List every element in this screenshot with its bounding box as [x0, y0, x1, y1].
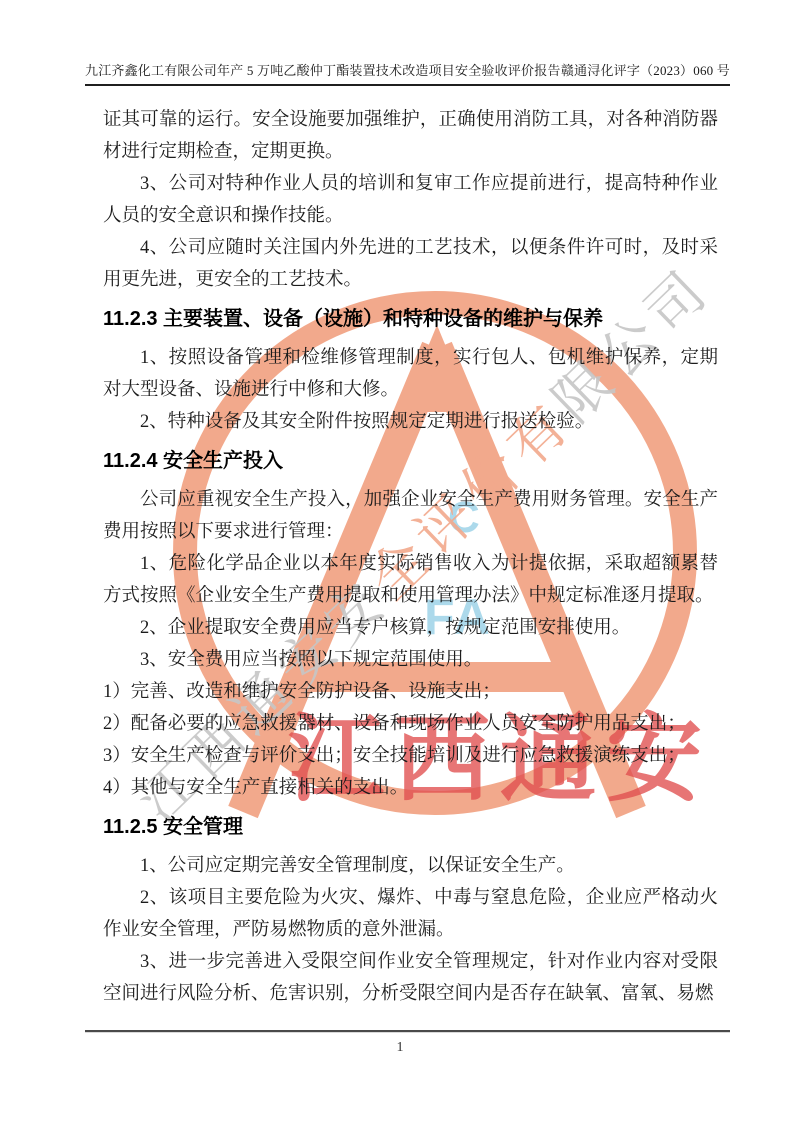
section-heading: 11.2.3 主要装置、设备（设施）和特种设备的维护与保养: [103, 304, 718, 334]
section-heading: 11.2.5 安全管理: [103, 812, 718, 842]
body-paragraph: 4、公司应随时关注国内外先进的工艺技术，以便条件许可时，及时采用更先进，更安全的…: [103, 232, 718, 296]
body-paragraph: 1）完善、改造和维护安全防护设备、设施支出；: [103, 676, 718, 708]
body-paragraph: 2）配备必要的应急救援器材、设备和现场作业人员安全防护用品支出；: [103, 708, 718, 740]
body-paragraph: 1、按照设备管理和检维修管理制度，实行包人、包机维护保养，定期对大型设备、设施进…: [103, 342, 718, 406]
page-number: 1: [0, 1040, 800, 1056]
body-paragraph: 公司应重视安全生产投入，加强企业安全生产费用财务管理。安全生产费用按照以下要求进…: [103, 484, 718, 548]
body-paragraph: 3）安全生产检查与评价支出；安全技能培训及进行应急救援演练支出；: [103, 740, 718, 772]
section-heading: 11.2.4 安全生产投入: [103, 446, 718, 476]
body-paragraph: 2、企业提取安全费用应当专户核算，按规定范围安排使用。: [103, 612, 718, 644]
body-paragraph: 3、公司对特种作业人员的培训和复审工作应提前进行，提高特种作业人员的安全意识和操…: [103, 168, 718, 232]
body-paragraph: 1、公司应定期完善安全管理制度，以保证安全生产。: [103, 850, 718, 882]
report-page: C FA 江西通安安全评价有限公司 江西通安 九江齐鑫化工有限公司年产 5 万吨…: [0, 0, 800, 1131]
footer-rule: [85, 1030, 730, 1032]
body-paragraph: 2、该项目主要危险为火灾、爆炸、中毒与窒息危险，企业应严格动火作业安全管理，严防…: [103, 882, 718, 946]
body-paragraph: 证其可靠的运行。安全设施要加强维护，正确使用消防工具，对各种消防器材进行定期检查…: [103, 104, 718, 168]
header-doc-number: 赣通浔化评字（2023）060 号: [561, 60, 730, 79]
page-header: 九江齐鑫化工有限公司年产 5 万吨乙酸仲丁酯装置技术改造项目安全验收评价报告 赣…: [85, 60, 730, 86]
body-paragraph: 1、危险化学品企业以本年度实际销售收入为计提依据，采取超额累替方式按照《企业安全…: [103, 548, 718, 612]
document-body: 证其可靠的运行。安全设施要加强维护，正确使用消防工具，对各种消防器材进行定期检查…: [103, 104, 718, 1010]
body-paragraph: 2、特种设备及其安全附件按照规定定期进行报送检验。: [103, 406, 718, 438]
body-paragraph: 3、安全费用应当按照以下规定范围使用。: [103, 644, 718, 676]
header-report-title: 九江齐鑫化工有限公司年产 5 万吨乙酸仲丁酯装置技术改造项目安全验收评价报告: [85, 60, 561, 79]
body-paragraph: 3、进一步完善进入受限空间作业安全管理规定，针对作业内容对受限空间进行风险分析、…: [103, 946, 718, 1010]
body-paragraph: 4）其他与安全生产直接相关的支出。: [103, 772, 718, 804]
